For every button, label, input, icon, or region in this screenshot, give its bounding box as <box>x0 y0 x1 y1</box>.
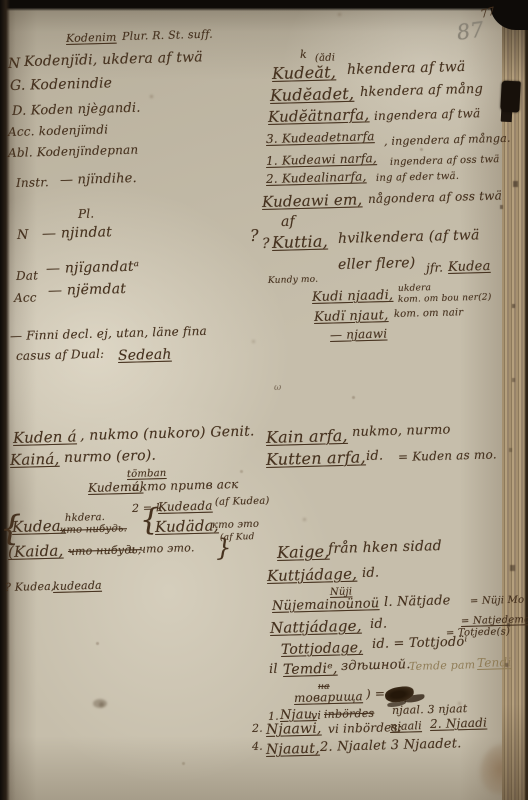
handwritten-text: Tottjodage, <box>281 641 363 657</box>
handwritten-text: Dat <box>16 269 39 282</box>
handwritten-text: 1. <box>268 711 279 722</box>
handwritten-text: Njaaut, <box>266 742 320 757</box>
handwritten-text: någondera af oss twä <box>368 189 502 205</box>
handwritten-text: ω <box>274 384 282 393</box>
handwritten-text: 2. Kudealinarfa, <box>266 170 367 185</box>
handwritten-text: Kudĕätnarfa, <box>268 107 370 125</box>
handwritten-text: id. <box>370 618 388 631</box>
handwritten-text: kudeada <box>53 580 102 592</box>
handwritten-text: Kudea <box>448 260 491 274</box>
handwritten-text: Kudeada <box>158 500 213 513</box>
handwritten-text: nukmo притв аск <box>124 478 239 493</box>
handwritten-text: — njaawi <box>330 328 388 341</box>
handwritten-text: Kodenjïdi, ukdera af twä <box>24 50 203 69</box>
handwritten-text: från hken sidad <box>328 539 442 556</box>
handwritten-text: — Finni decl. ej, utan, läne fina <box>10 325 207 342</box>
handwritten-text: ? <box>262 237 270 251</box>
handwritten-text: Plur. R. St. suff. <box>122 29 213 42</box>
handwritten-text: Kudeăt, <box>272 64 336 82</box>
handwritten-text: kom. om bou ner(2) <box>398 294 492 305</box>
handwritten-text: 2. <box>252 723 263 734</box>
handwritten-text: Kuttjádage, <box>267 567 358 584</box>
handwritten-text: } <box>216 536 232 560</box>
handwritten-text: Kundy mo. <box>268 276 318 286</box>
handwritten-text: hkendera af twä <box>347 60 466 77</box>
handwritten-text: D. Koden njègandi. <box>12 102 141 118</box>
handwritten-text: Nattjádage, <box>270 619 362 636</box>
handwritten-text: l. Nätjade <box>384 594 451 609</box>
handwritten-text: N <box>17 229 29 242</box>
handwritten-text: ingendera af oss twä <box>390 155 500 168</box>
handwritten-text: 4. <box>252 741 263 752</box>
handwritten-text: Kudï njaut, <box>314 309 389 324</box>
handwritten-text: Acc <box>14 291 37 304</box>
handwritten-text: = Natjedemo <box>461 615 528 627</box>
handwritten-text: hvilkendera (af twä <box>338 228 480 246</box>
handwritten-text: ) = <box>366 688 385 700</box>
manuscript-photo: { "page_numbers": { "ink": "77", "pencil… <box>0 0 528 800</box>
ink-blot-edge <box>500 81 521 113</box>
handwritten-text: Kain arfa, <box>266 428 348 446</box>
handwritten-text: kom. om nair <box>394 308 464 320</box>
handwritten-text: Nüjemainoünoü <box>272 597 380 613</box>
handwritten-text: Kainá, <box>10 452 60 468</box>
handwritten-text: Kudĕadet, <box>270 86 355 104</box>
handwritten-text: Instr. <box>16 176 49 189</box>
handwritten-text: jfr. <box>426 262 444 274</box>
handwritten-text: товарища <box>294 690 363 704</box>
handwritten-text: vi <box>311 710 321 721</box>
handwritten-text: и что это. <box>128 542 195 555</box>
handwritten-text: что нибудь. <box>60 524 127 536</box>
handwritten-text: 1. Kudeawi narfa, <box>266 152 377 167</box>
handwritten-text: eller flere) <box>338 256 416 272</box>
handwritten-text: — njïndihe. <box>60 172 137 187</box>
handwritten-text: = Nüji Mo <box>470 596 525 607</box>
handwritten-text: nukmo, nurmo <box>352 423 451 439</box>
handwritten-text: Kuttia, <box>272 234 328 251</box>
handwritten-text: Kuden á <box>13 429 77 446</box>
handwritten-text: ingendera af twä <box>374 107 481 122</box>
handwritten-text: il <box>269 663 278 676</box>
handwritten-text: здѣшной. <box>341 658 411 673</box>
handwritten-text: ? Kudea, <box>5 581 55 593</box>
handwritten-text: Kudeawi em, <box>262 192 363 210</box>
handwritten-text: af <box>281 215 295 229</box>
handwritten-text: (Kaida, <box>8 544 64 560</box>
handwritten-text: Kudea, <box>12 519 66 535</box>
handwritten-text: id. <box>366 450 384 463</box>
handwritten-text: ? <box>250 228 259 244</box>
handwritten-text: , ingendera af många. <box>384 133 511 147</box>
handwritten-text: Tendi <box>477 656 512 669</box>
handwritten-text: = Kuden as mo. <box>398 448 497 463</box>
handwritten-text: Kudäda, <box>155 518 219 535</box>
handwritten-text: N <box>8 57 21 71</box>
handwritten-text: 2. Njaalet 3 Njaadet. <box>320 737 462 754</box>
handwritten-text: Abl. Kodenjïndepnan <box>8 144 139 159</box>
handwritten-text: Acc. kodenjïmdi <box>8 123 108 138</box>
handwritten-text: — njindat <box>42 225 112 241</box>
handwritten-text: hkdera. <box>65 513 105 524</box>
handwritten-text: Kodenim <box>66 32 117 44</box>
handwritten-text: ing af eder twä. <box>376 172 459 184</box>
handwritten-text: G. Kodenindie <box>10 76 113 93</box>
handwritten-text: (af Kudea) <box>215 497 270 508</box>
handwritten-text: Kudi njaadi, <box>312 289 394 304</box>
handwritten-text: Kutten arfa, <box>266 449 366 468</box>
handwritten-text: Kaige, <box>277 544 330 561</box>
handwritten-text: njaal. 3 njaat <box>392 703 468 716</box>
handwritten-text: nurmo (ero). <box>64 449 156 465</box>
handwritten-text: Temdiᵉ, <box>283 662 338 677</box>
edge-specks <box>0 0 3 4</box>
handwritten-text: ukdera <box>398 284 431 294</box>
handwritten-text: кто это <box>212 520 259 531</box>
handwritten-text: — njëmdat <box>48 282 126 298</box>
handwritten-text: inbördes <box>324 708 375 720</box>
handwritten-text: , nukmo (nukoro) Genit. <box>80 424 255 443</box>
handwritten-text: casus af Dual: <box>16 348 105 362</box>
handwritten-text: 2. Njaadi <box>430 717 487 730</box>
handwritten-text: njaali <box>390 720 422 732</box>
handwritten-text: hkendera af mång <box>360 83 483 99</box>
handwritten-text: 3. Kudeadetnarfa <box>266 130 375 145</box>
handwritten-text: — njïgandatᵃ <box>46 260 140 276</box>
handwritten-text: Pl. <box>78 208 95 220</box>
page-number-pencil: 87 <box>456 19 486 44</box>
handwriting-layer: KodenimPlur. R. St. suff.NKodenjïdi, ukd… <box>0 0 528 800</box>
handwritten-text: Sedeah <box>118 348 172 363</box>
handwritten-text: k <box>300 49 307 60</box>
handwritten-text: id. = Tottjodöⁱ <box>372 636 468 651</box>
handwritten-text: id. <box>362 567 380 580</box>
handwritten-text: Njaawi, <box>266 722 322 737</box>
handwritten-text: Temde pam <box>409 659 476 672</box>
